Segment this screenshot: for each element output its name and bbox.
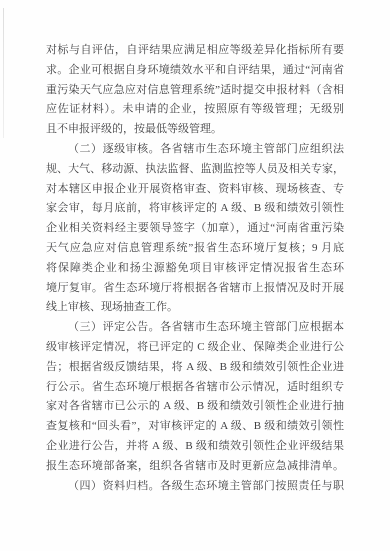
document-text-line: 将保障类企业和扬尘源豁免项目审核评定情况报省生态环: [46, 259, 344, 279]
document-page: 对标与自评估，自评结果应满足相应等级差异化指标所有要求。企业可根据自身环境绩效水…: [0, 0, 390, 551]
document-text-line: 级审核评定情况，将已评定的 C 级企业、保障类企业进行公: [46, 338, 344, 358]
document-text-line: 天气应急应对信息管理系统”报省生态环境厅复核；9 月底前，: [46, 239, 344, 259]
document-text-line: 查复核和“回头看”，对审核评定的 A 级、B 级和绩效引领性: [46, 417, 344, 437]
document-text-line: 对标与自评估，自评结果应满足相应等级差异化指标所有要: [46, 41, 344, 61]
document-text-line: （三）评定公告。各省辖市生态环境主管部门应根据本: [46, 318, 344, 338]
document-text-line: （二）逐级审核。各省辖市生态环境主管部门应组织法: [46, 140, 344, 160]
document-text-line: 报生态环境部备案，组织各省辖市及时更新应急减排清单。: [46, 457, 344, 477]
document-text-line: 应佐证材料）。未申请的企业，按照原有等级管理；无级别: [46, 100, 344, 120]
scan-edge-artifact: [3, 8, 4, 138]
document-text-line: 家会审，每月底前，将审核评定的 A 级、B 级和绩效引领性: [46, 199, 344, 219]
document-text-line: 且不申报评级的，按最低等级管理。: [46, 120, 344, 140]
document-text-line: 规、大气、移动源、执法监督、监测监控等人员及相关专家，: [46, 160, 344, 180]
document-text-line: 企业进行公告，并将 A 级、B 级和绩效引领性企业评级结果: [46, 437, 344, 457]
document-text-block: 对标与自评估，自评结果应满足相应等级差异化指标所有要求。企业可根据自身环境绩效水…: [46, 41, 344, 496]
document-text-line: 线上审核、现场抽查工作。: [46, 298, 344, 318]
document-text-line: 企业相关资料经主要领导签字（加章），通过“河南省重污染: [46, 219, 344, 239]
document-text-line: 对本辖区申报企业开展资格审查、资料审核、现场核查、专: [46, 180, 344, 200]
document-text-line: 求。企业可根据自身环境绩效水平和自评结果，通过“河南省: [46, 61, 344, 81]
document-text-line: 境厅复审。省生态环境厅将根据各省辖市上报情况及时开展: [46, 279, 344, 299]
document-text-line: 家对各省辖市已公示的 A 级、B 级和绩效引领性企业进行抽: [46, 397, 344, 417]
document-text-line: （四）资料归档。各级生态环境主管部门按照责任与职: [46, 477, 344, 497]
document-text-line: 告；根据省级反馈结果，将 A 级、B 级和绩效引领性企业进: [46, 358, 344, 378]
document-text-line: 重污染天气应急应对信息管理系统”适时提交申报材料（含相: [46, 81, 344, 101]
document-text-line: 行公示。省生态环境厅根据各省辖市公示情况，适时组织专: [46, 378, 344, 398]
